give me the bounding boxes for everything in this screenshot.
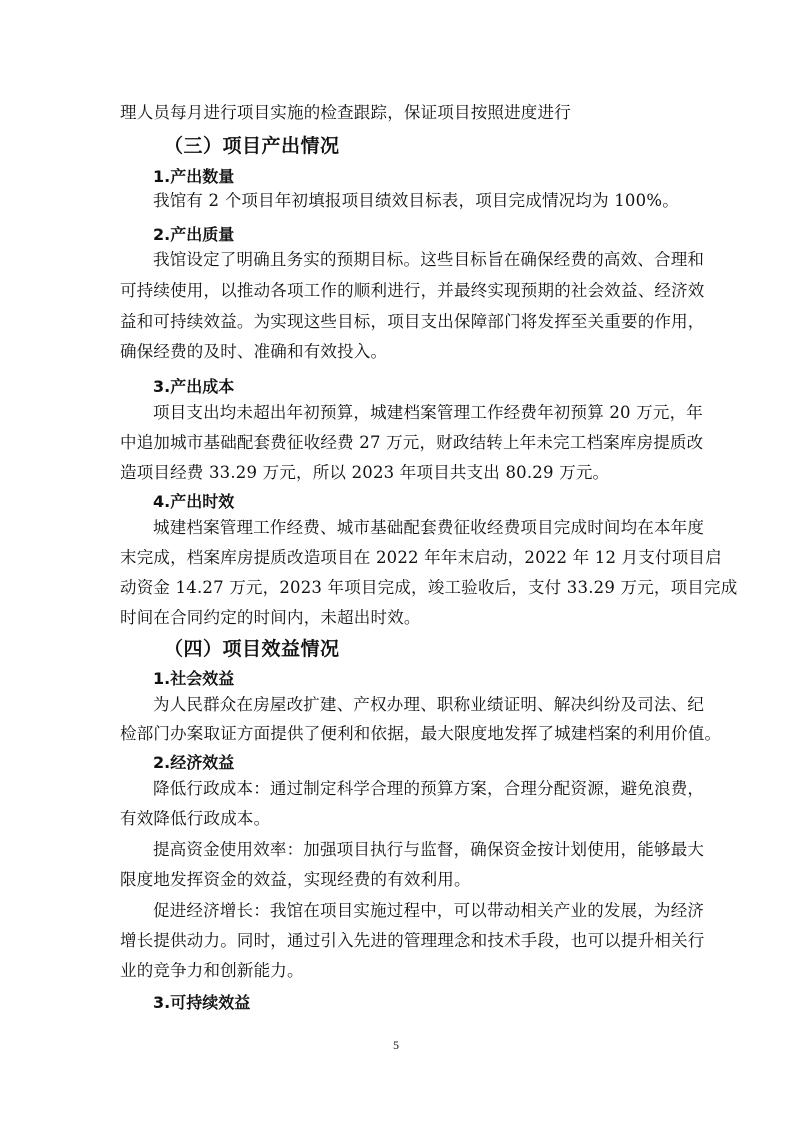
body-text-line: 增长提供动力。同时，通过引入先进的管理理念和技术手段，也可以提升相关行 [120,931,676,951]
page-number: 5 [393,1038,399,1053]
body-text-line: 降低行政成本：通过制定科学合理的预算方案，合理分配资源，避免浪费， [153,779,709,799]
body-text-line: 有效降低行政成本。 [120,809,676,829]
subsection-heading: 3.产出成本 [153,374,234,397]
subsection-heading: 1.产出数量 [153,164,234,187]
subsection-heading: 1.社会效益 [153,666,234,689]
section-heading: （三）项目产出情况 [164,131,340,158]
subsection-heading: 4.产出时效 [153,489,234,512]
body-text-line: 末完成，档案库房提质改造项目在 2022 年年末启动，2022 年 12 月支付… [120,548,676,568]
body-text-line: 益和可持续效益。为实现这些目标，项目支出保障部门将发挥至关重要的作用， [120,312,676,332]
body-text-line: 理人员每月进行项目实施的检查跟踪，保证项目按照进度进行 [120,103,676,123]
subsection-heading: 2.经济效益 [153,750,234,773]
body-text-line: 确保经费的及时、准确和有效投入。 [120,342,676,362]
body-text-line: 限度地发挥资金的效益，实现经费的有效利用。 [120,870,676,890]
body-text-line: 我馆有 2 个项目年初填报项目绩效目标表，项目完成情况均为 100%。 [153,191,709,211]
body-text-line: 业的竞争力和创新能力。 [120,961,676,981]
body-text-line: 中追加城市基础配套费征收经费 27 万元，财政结转上年未完工档案库房提质改 [120,433,676,453]
body-text-line: 动资金 14.27 万元，2023 年项目完成，竣工验收后，支付 33.29 万… [120,578,676,598]
body-text-line: 我馆设定了明确且务实的预期目标。这些目标旨在确保经费的高效、合理和 [153,250,709,270]
body-text-line: 提高资金使用效率：加强项目执行与监督，确保资金按计划使用，能够最大 [153,840,709,860]
body-text-line: 项目支出均未超出年初预算，城建档案管理工作经费年初预算 20 万元，年 [153,403,709,423]
body-text-line: 促进经济增长：我馆在项目实施过程中，可以带动相关产业的发展，为经济 [153,901,709,921]
subsection-heading: 2.产出质量 [153,222,234,245]
section-heading: （四）项目效益情况 [164,634,340,661]
body-text-line: 为人民群众在房屋改扩建、产权办理、职称业绩证明、解决纠纷及司法、纪 [153,695,709,715]
body-text-line: 时间在合同约定的时间内，未超出时效。 [120,608,676,628]
subsection-heading: 3.可持续效益 [153,990,250,1013]
body-text-line: 可持续使用，以推动各项工作的顺利进行，并最终实现预期的社会效益、经济效 [120,281,676,301]
body-text-line: 造项目经费 33.29 万元，所以 2023 年项目共支出 80.29 万元。 [120,463,676,483]
body-text-line: 检部门办案取证方面提供了便利和依据，最大限度地发挥了城建档案的利用价值。 [120,724,676,744]
body-text-line: 城建档案管理工作经费、城市基础配套费征收经费项目完成时间均在本年度 [153,518,709,538]
